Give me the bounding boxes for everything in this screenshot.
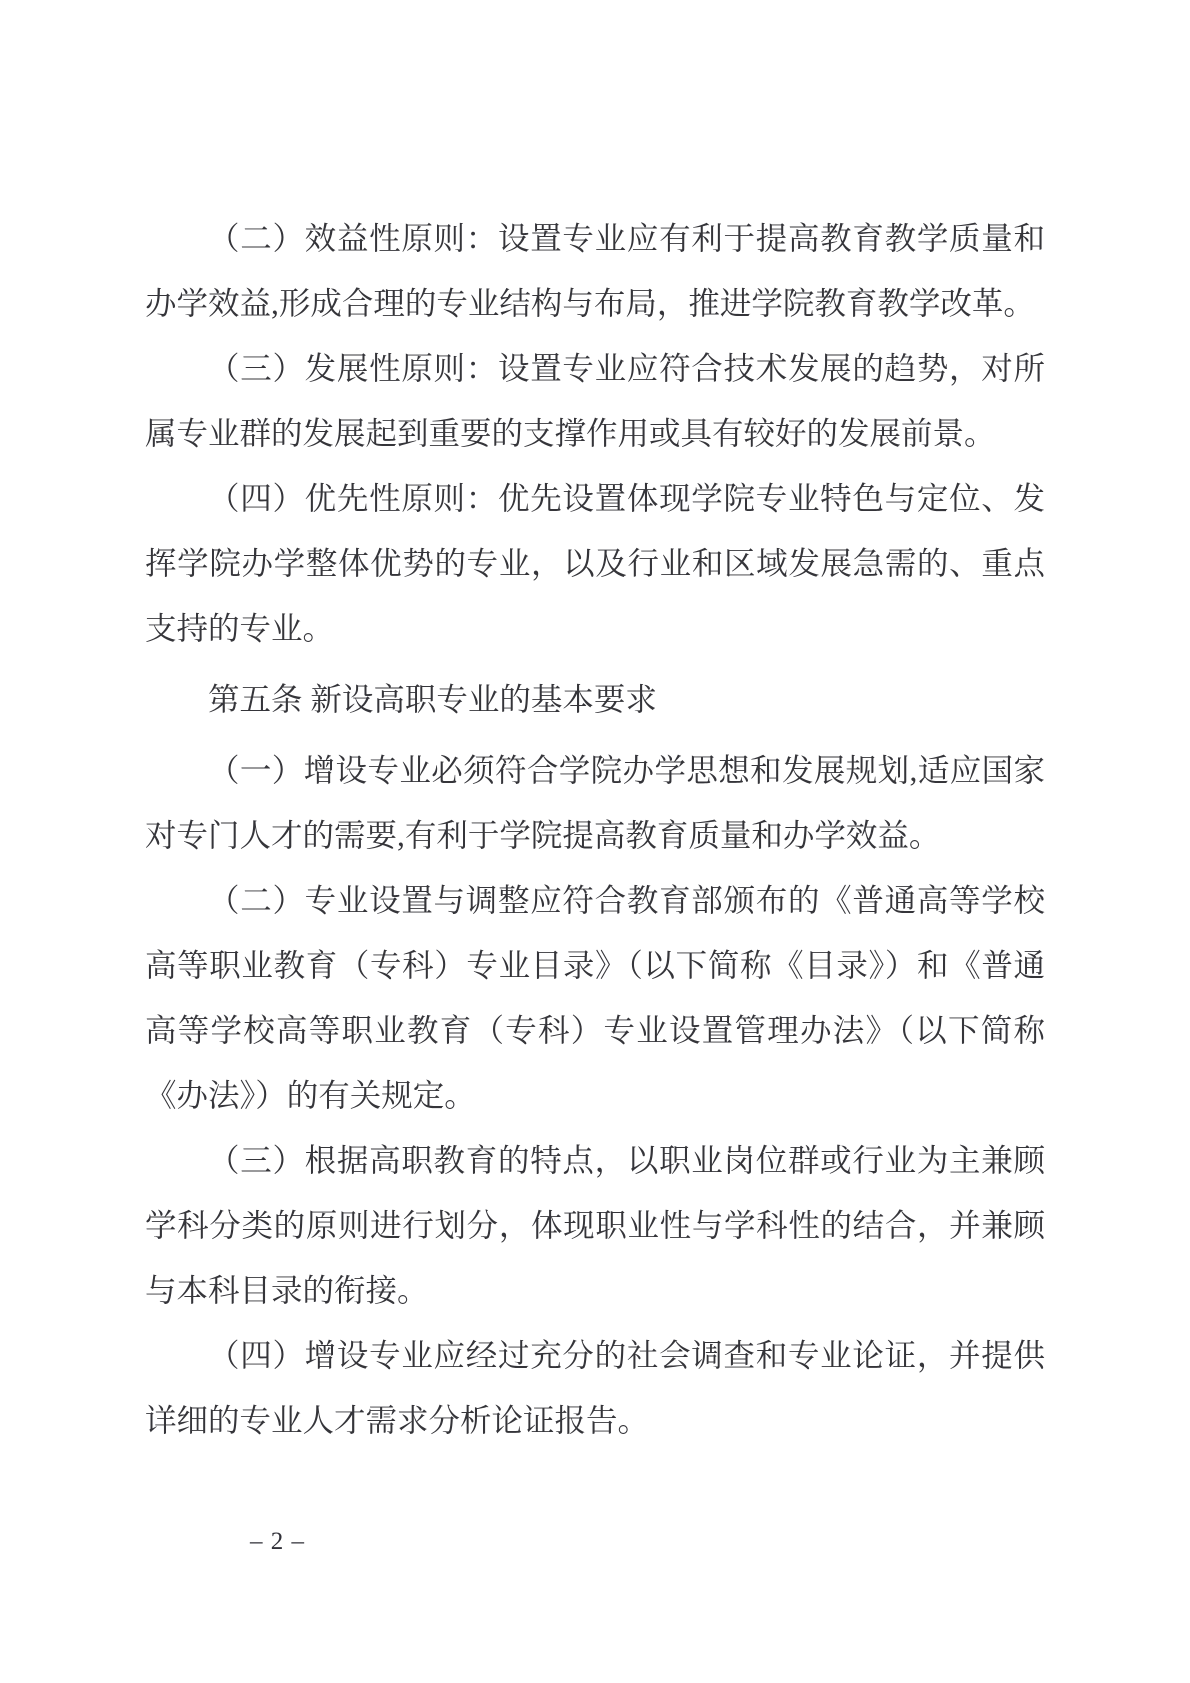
document-page: （二）效益性原则：设置专业应有利于提高教育教学质量和办学效益,形成合理的专业结构… <box>0 0 1190 1683</box>
paragraph-principle-priority: （四）优先性原则：优先设置体现学院专业特色与定位、发挥学院办学整体优势的专业，以… <box>145 466 1045 661</box>
document-text-block: （二）效益性原则：设置专业应有利于提高教育教学质量和办学效益,形成合理的专业结构… <box>145 206 1045 1453</box>
paragraph-principle-development: （三）发展性原则：设置专业应符合技术发展的趋势，对所属专业群的发展起到重要的支撑… <box>145 336 1045 466</box>
page-number: – 2 – <box>250 1528 305 1556</box>
paragraph-requirement-2: （二）专业设置与调整应符合教育部颁布的《普通高等学校高等职业教育（专科）专业目录… <box>145 868 1045 1128</box>
paragraph-requirement-3: （三）根据高职教育的特点，以职业岗位群或行业为主兼顾学科分类的原则进行划分，体现… <box>145 1128 1045 1323</box>
heading-article-5: 第五条 新设高职专业的基本要求 <box>145 667 1045 732</box>
paragraph-requirement-1: （一）增设专业必须符合学院办学思想和发展规划,适应国家对专门人才的需要,有利于学… <box>145 738 1045 868</box>
paragraph-principle-benefit: （二）效益性原则：设置专业应有利于提高教育教学质量和办学效益,形成合理的专业结构… <box>145 206 1045 336</box>
paragraph-requirement-4: （四）增设专业应经过充分的社会调查和专业论证，并提供详细的专业人才需求分析论证报… <box>145 1323 1045 1453</box>
